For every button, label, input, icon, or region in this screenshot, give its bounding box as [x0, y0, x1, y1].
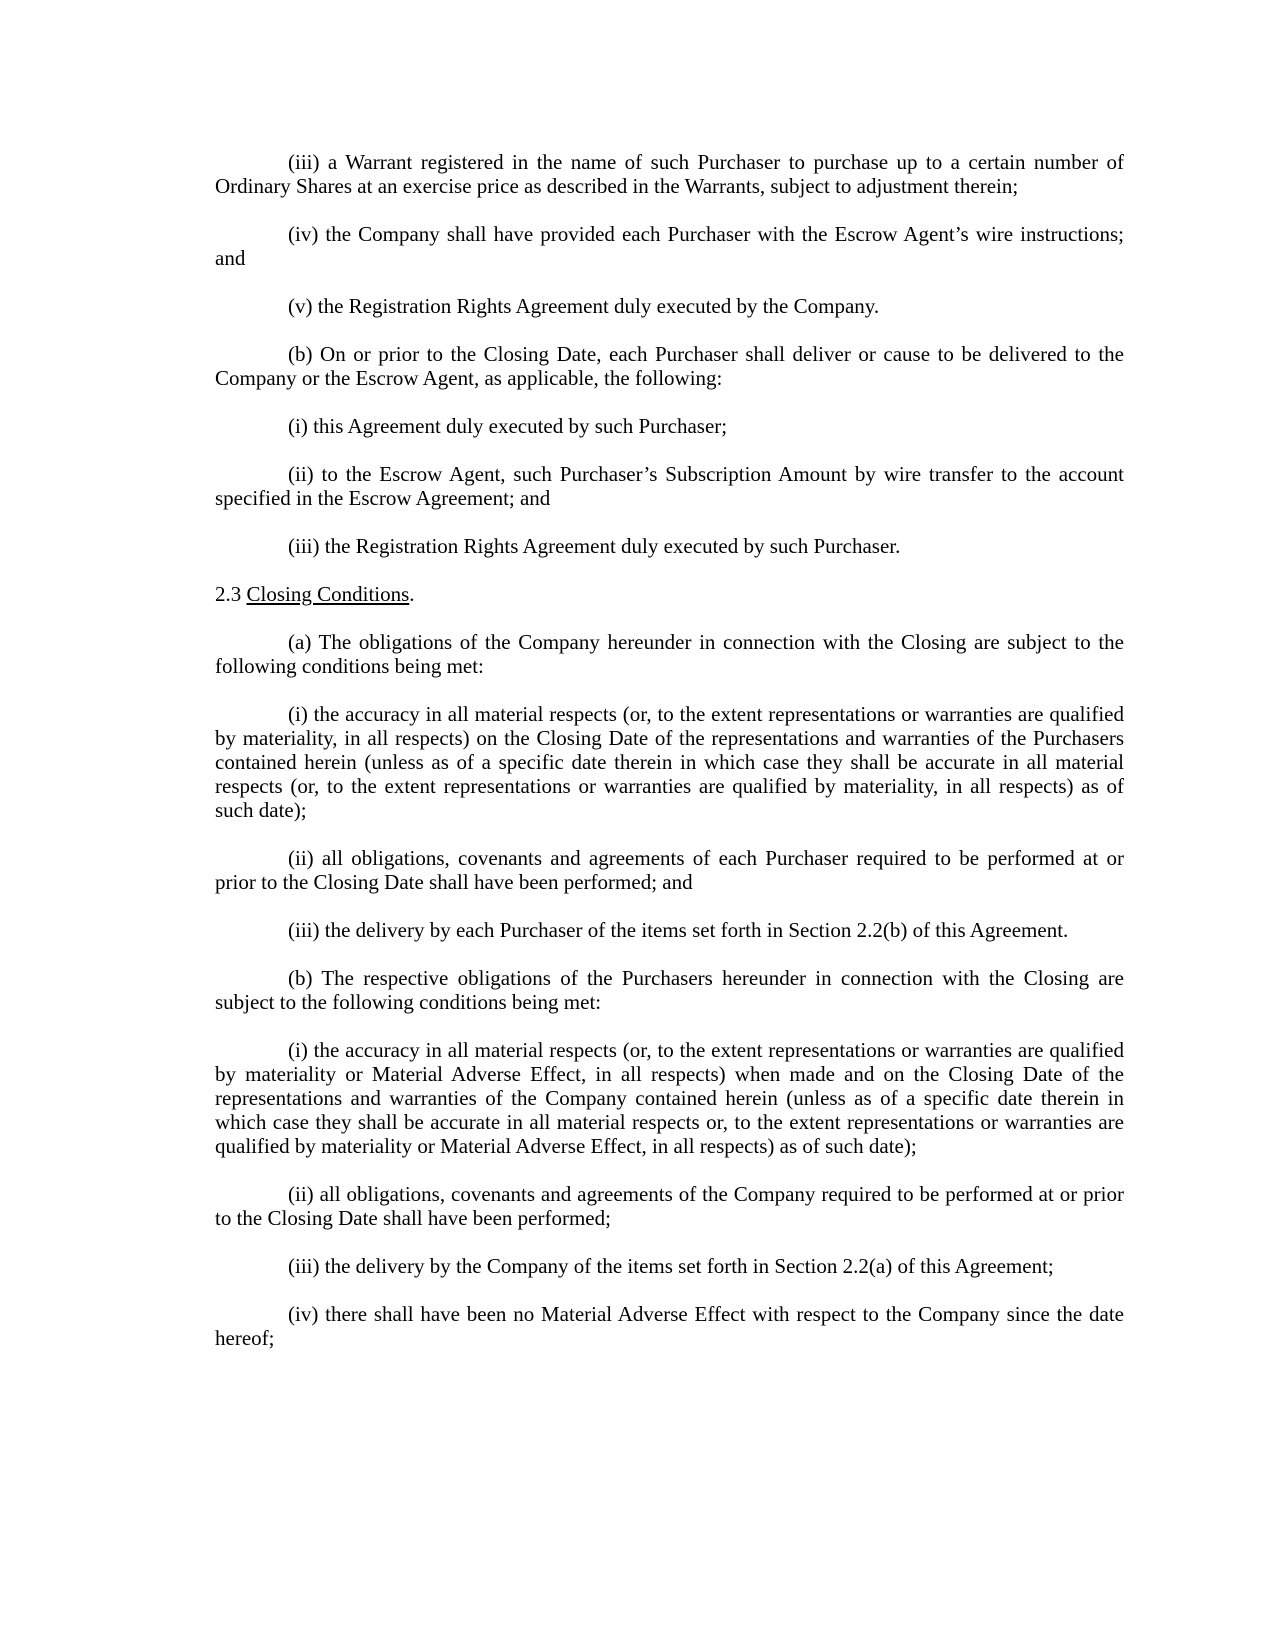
paragraph-roman: (v) the Registration Rights Agreement du…	[215, 294, 1124, 318]
paragraph-roman: (iii) the delivery by the Company of the…	[215, 1254, 1124, 1278]
section-heading: 2.3 Closing Conditions.	[215, 582, 1124, 606]
document-page: (iii) a Warrant registered in the name o…	[0, 0, 1275, 1650]
paragraph-roman: (iv) there shall have been no Material A…	[215, 1302, 1124, 1350]
paragraph-roman: (i) the accuracy in all material respect…	[215, 702, 1124, 822]
paragraph-roman: (ii) all obligations, covenants and agre…	[215, 846, 1124, 894]
paragraph-roman: (ii) to the Escrow Agent, such Purchaser…	[215, 462, 1124, 510]
paragraph-roman: (i) this Agreement duly executed by such…	[215, 414, 1124, 438]
paragraph-roman: (iii) the Registration Rights Agreement …	[215, 534, 1124, 558]
paragraph-roman: (iv) the Company shall have provided eac…	[215, 222, 1124, 270]
paragraph-letter: (b) On or prior to the Closing Date, eac…	[215, 342, 1124, 390]
paragraph-letter: (b) The respective obligations of the Pu…	[215, 966, 1124, 1014]
paragraph-roman: (i) the accuracy in all material respect…	[215, 1038, 1124, 1158]
paragraph-letter: (a) The obligations of the Company hereu…	[215, 630, 1124, 678]
section-title: Closing Conditions	[247, 582, 410, 606]
document-content: (iii) a Warrant registered in the name o…	[215, 150, 1124, 1350]
paragraph-roman: (ii) all obligations, covenants and agre…	[215, 1182, 1124, 1230]
section-title-suffix: .	[409, 582, 414, 606]
section-number: 2.3	[215, 582, 241, 606]
paragraph-roman: (iii) a Warrant registered in the name o…	[215, 150, 1124, 198]
paragraph-roman: (iii) the delivery by each Purchaser of …	[215, 918, 1124, 942]
